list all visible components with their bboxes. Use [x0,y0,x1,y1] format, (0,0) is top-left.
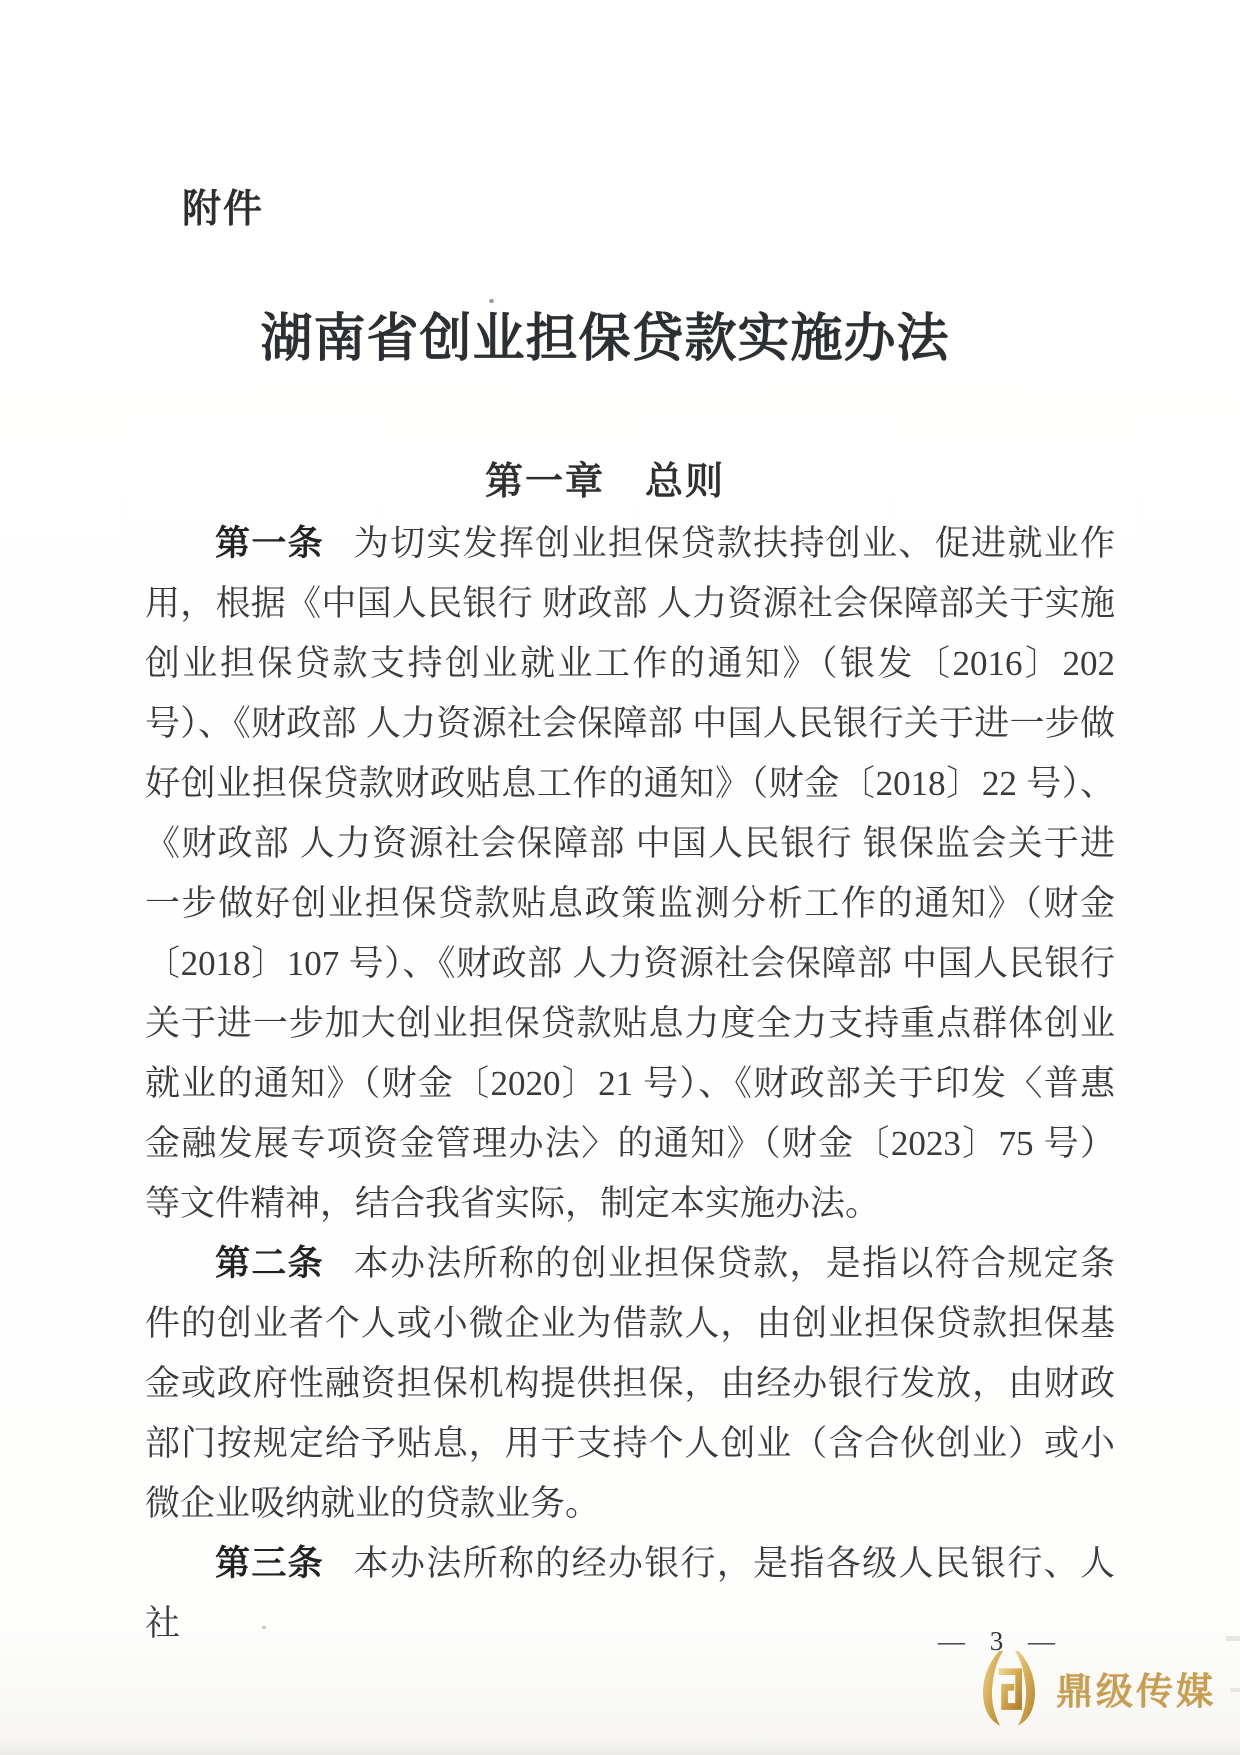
scan-edge-artifact [1230,1688,1240,1692]
scan-edge-artifact [1226,1636,1240,1641]
scan-speck [262,1626,266,1629]
scan-speck [489,299,494,303]
article-2-label: 第二条 [215,1244,324,1283]
chapter-heading: 第一章 总则 [120,450,1090,505]
paragraph-article-2: 第二条本办法所称的创业担保贷款，是指以符合规定条件的创业者个人或小微企业为借款人… [145,1234,1115,1534]
article-1-label: 第一条 [215,524,324,563]
brand-name-text: 鼎级传媒 [1056,1661,1216,1715]
article-1-text: 为切实发挥创业担保贷款扶持创业、促进就业作用，根据《中国人民银行 财政部 人力资… [145,524,1115,1223]
article-2-text: 本办法所称的创业担保贷款，是指以符合规定条件的创业者个人或小微企业为借款人，由创… [145,1244,1115,1523]
document-page: 附件 湖南省创业担保贷款实施办法 第一章 总则 第一条为切实发挥创业担保贷款扶持… [0,0,1240,1755]
paragraph-article-1: 第一条为切实发挥创业担保贷款扶持创业、促进就业作用，根据《中国人民银行 财政部 … [145,514,1115,1234]
document-title: 湖南省创业担保贷款实施办法 [120,296,1090,371]
article-3-label: 第三条 [215,1544,324,1583]
attachment-label: 附件 [182,178,264,234]
document-body: 第一条为切实发挥创业担保贷款扶持创业、促进就业作用，根据《中国人民银行 财政部 … [145,514,1115,1654]
brand-watermark: 鼎级传媒 [972,1648,1216,1728]
brand-logo-icon [972,1648,1046,1728]
